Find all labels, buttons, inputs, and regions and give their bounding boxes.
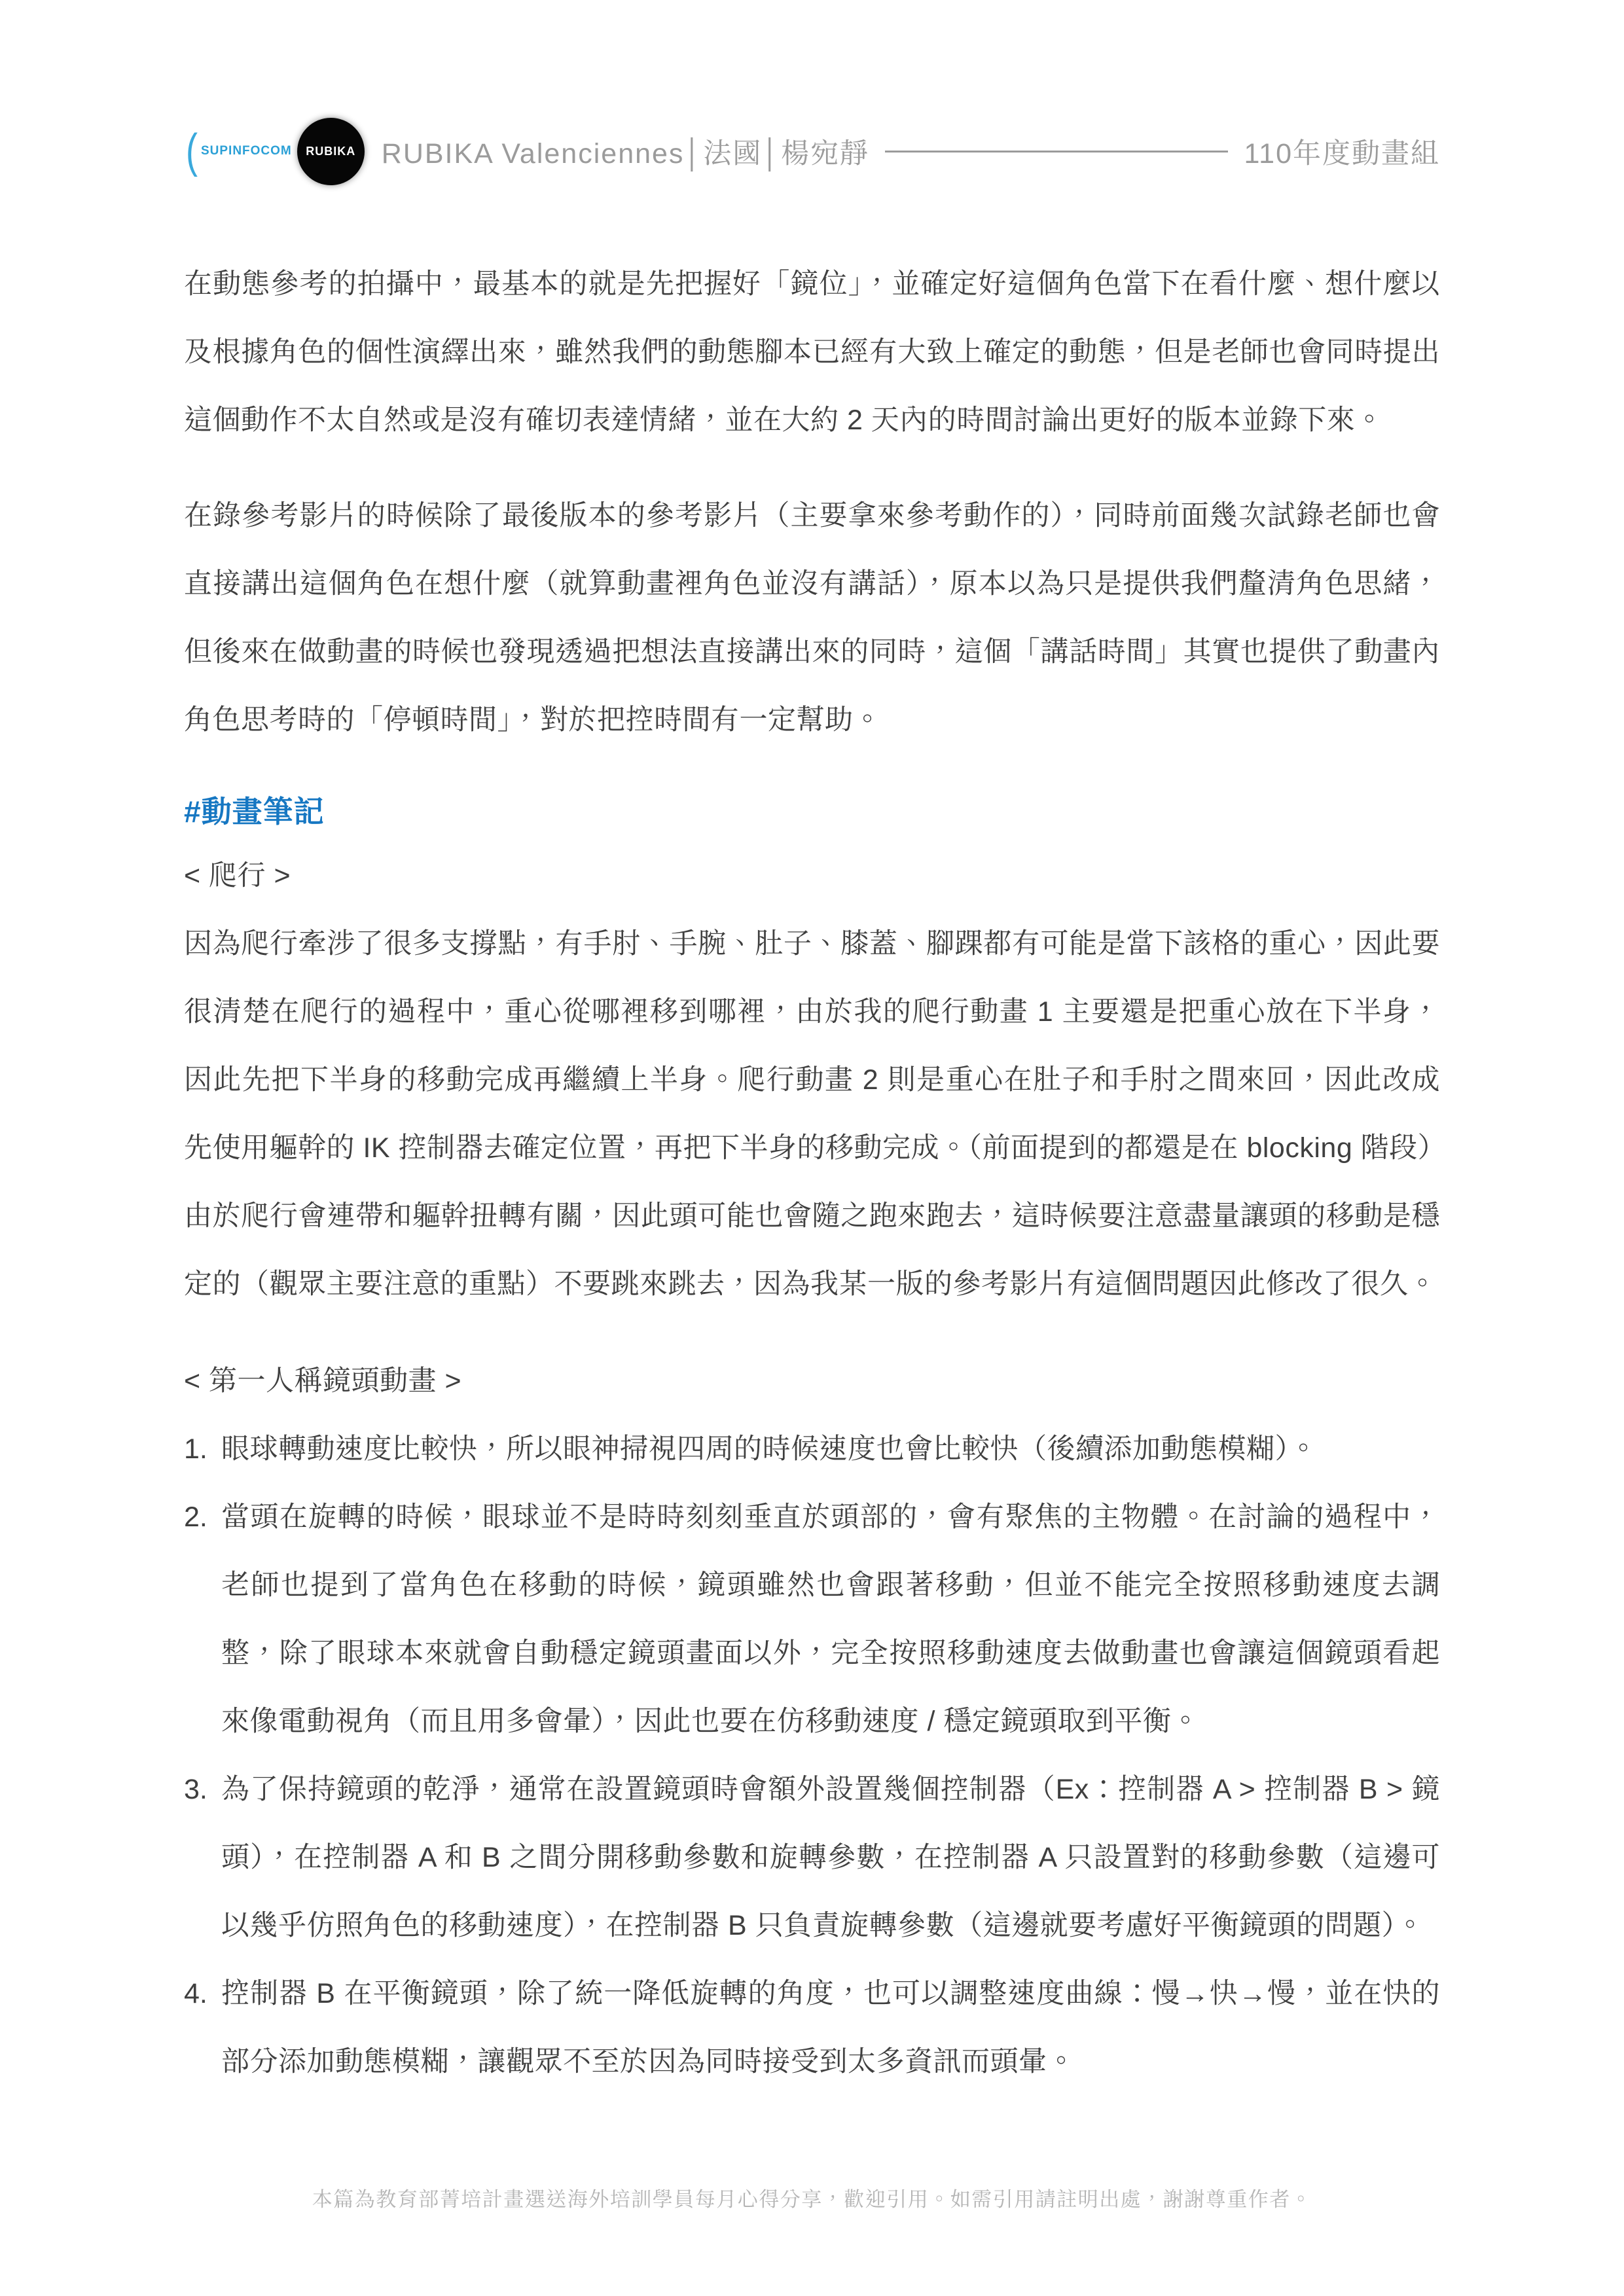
rubika-logo-badge: RUBIKA (297, 118, 365, 185)
page-container: ( SUPINFOCOM RUBIKA RUBIKA Valenciennes│… (0, 0, 1624, 2296)
list-item-text: 當頭在旋轉的時候，眼球並不是時時刻刻垂直於頭部的，會有聚焦的主物體。在討論的過程… (221, 1483, 1440, 1755)
crawl-paragraph-2: 由於爬行會連帶和軀幹扭轉有關，因此頭可能也會隨之跑來跑去，這時候要注意盡量讓頭的… (184, 1182, 1440, 1318)
rubika-logo-label: RUBIKA (306, 145, 355, 158)
header-divider-line (885, 151, 1228, 152)
list-item: 1. 眼球轉動速度比較快，所以眼神掃視四周的時候速度也會比較快（後續添加動態模糊… (184, 1415, 1440, 1483)
list-item-number: 3. (184, 1755, 221, 1823)
supinfocom-arc-icon: ( (186, 128, 198, 175)
list-item-text: 眼球轉動速度比較快，所以眼神掃視四周的時候速度也會比較快（後續添加動態模糊）。 (221, 1415, 1440, 1483)
list-item-number: 1. (184, 1415, 221, 1483)
document-page: { "header": { "logo": { "supinfocom_arc"… (0, 0, 1624, 2296)
page-header: ( SUPINFOCOM RUBIKA RUBIKA Valenciennes│… (184, 0, 1440, 190)
list-item: 2. 當頭在旋轉的時候，眼球並不是時時刻刻垂直於頭部的，會有聚焦的主物體。在討論… (184, 1483, 1440, 1755)
header-title: RUBIKA Valenciennes│法國│楊宛靜 (382, 132, 869, 171)
supinfocom-wordmark: SUPINFOCOM (201, 144, 292, 158)
list-item-number: 2. (184, 1483, 221, 1551)
list-item-text: 控制器 B 在平衡鏡頭，除了統一降低旋轉的角度，也可以調整速度曲線：慢→快→慢，… (221, 1960, 1440, 2096)
list-item: 3. 為了保持鏡頭的乾淨，通常在設置鏡頭時會額外設置幾個控制器（Ex：控制器 A… (184, 1755, 1440, 1960)
list-item-text: 為了保持鏡頭的乾淨，通常在設置鏡頭時會額外設置幾個控制器（Ex：控制器 A > … (221, 1755, 1440, 1960)
crawl-paragraph-1: 因為爬行牽涉了很多支撐點，有手肘、手腕、肚子、膝蓋、腳踝都有可能是當下該格的重心… (184, 910, 1440, 1182)
notes-heading: #動畫筆記 (184, 781, 1440, 842)
list-item: 4. 控制器 B 在平衡鏡頭，除了統一降低旋轉的角度，也可以調整速度曲線：慢→快… (184, 1960, 1440, 2096)
fpv-notes-list: 1. 眼球轉動速度比較快，所以眼神掃視四周的時候速度也會比較快（後續添加動態模糊… (184, 1415, 1440, 2096)
supinfocom-logo: ( SUPINFOCOM (184, 128, 292, 175)
footer-note: 本篇為教育部菁培計畫選送海外培訓學員每月心得分享，歡迎引用。如需引用請註明出處，… (0, 2183, 1624, 2212)
list-item-number: 4. (184, 1960, 221, 2028)
school-logo: ( SUPINFOCOM RUBIKA (184, 118, 365, 185)
document-body: 在動態參考的拍攝中，最基本的就是先把握好「鏡位」，並確定好這個角色當下在看什麼、… (184, 190, 1440, 2096)
fpv-section-title: < 第一人稱鏡頭動畫 > (184, 1347, 1440, 1415)
intro-paragraph-2: 在錄參考影片的時候除了最後版本的參考影片（主要拿來參考動作的），同時前面幾次試錄… (184, 482, 1440, 754)
header-right-label: 110年度動畫組 (1244, 132, 1440, 171)
crawl-section-title: < 爬行 > (184, 842, 1440, 910)
intro-paragraph-1: 在動態參考的拍攝中，最基本的就是先把握好「鏡位」，並確定好這個角色當下在看什麼、… (184, 250, 1440, 454)
